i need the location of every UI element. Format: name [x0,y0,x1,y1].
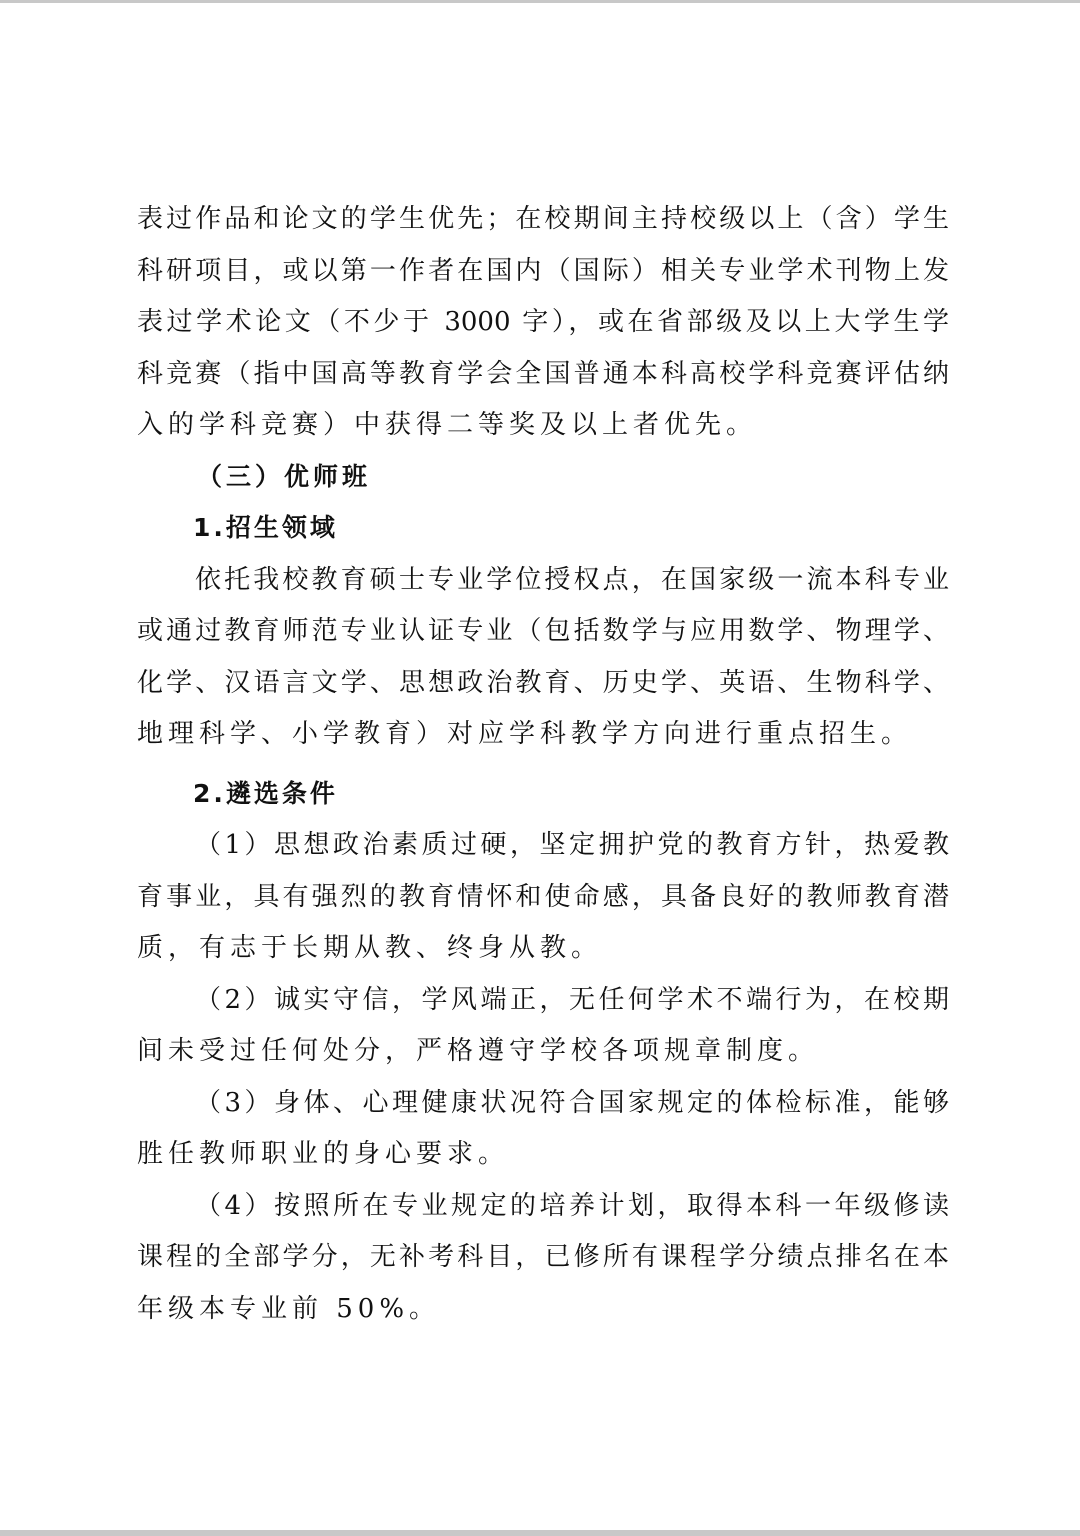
page-bottom-border [0,1530,1080,1536]
text-line: 质，有志于长期从教、终身从教。 [137,928,949,980]
criteria-item-1: （1）思想政治素质过硬，坚定拥护党的教育方针，热爱教 育事业，具有强烈的教育情怀… [137,825,949,980]
document-page: 表过作品和论文的学生优先；在校期间主持校级以上（含）学生 科研项目，或以第一作者… [137,199,949,1340]
criteria-item-4: （4）按照所在专业规定的培养计划，取得本科一年级修读 课程的全部学分，无补考科目… [137,1186,949,1341]
text-line: （4）按照所在专业规定的培养计划，取得本科一年级修读 [137,1186,949,1238]
text-line: （1）思想政治素质过硬，坚定拥护党的教育方针，热爱教 [137,825,949,877]
continuation-paragraph: 表过作品和论文的学生优先；在校期间主持校级以上（含）学生 科研项目，或以第一作者… [137,199,949,457]
subsection-heading-enrollment-fields: 1.招生领域 [137,508,949,560]
text-line: 间未受过任何处分，严格遵守学校各项规章制度。 [137,1031,949,1083]
enrollment-fields-paragraph: 依托我校教育硕士专业学位授权点，在国家级一流本科专业 或通过教育师范专业认证专业… [137,560,949,766]
text-line: 表过学术论文（不少于 3000 字），或在省部级及以上大学生学 [137,302,949,354]
section-heading: （三）优师班 [137,457,949,509]
text-line: 胜任教师职业的身心要求。 [137,1134,949,1186]
text-line: 课程的全部学分，无补考科目，已修所有课程学分绩点排名在本 [137,1237,949,1289]
text-line: 科研项目，或以第一作者在国内（国际）相关专业学术刊物上发 [137,251,949,303]
text-line: （2）诚实守信，学风端正，无任何学术不端行为，在校期 [137,980,949,1032]
text-line: 育事业，具有强烈的教育情怀和使命感，具备良好的教师教育潜 [137,877,949,929]
text-line: 或通过教育师范专业认证专业（包括数学与应用数学、物理学、 [137,611,949,663]
subsection-heading-selection-criteria: 2.遴选条件 [137,774,949,826]
text-line: （3）身体、心理健康状况符合国家规定的体检标准，能够 [137,1083,949,1135]
text-line: 入的学科竞赛）中获得二等奖及以上者优先。 [137,405,949,457]
text-line: 表过作品和论文的学生优先；在校期间主持校级以上（含）学生 [137,199,949,251]
criteria-item-3: （3）身体、心理健康状况符合国家规定的体检标准，能够 胜任教师职业的身心要求。 [137,1083,949,1186]
text-line: 年级本专业前 50%。 [137,1289,949,1341]
text-line: 科竞赛（指中国高等教育学会全国普通本科高校学科竞赛评估纳 [137,354,949,406]
page-top-border [0,0,1080,3]
text-line: 化学、汉语言文学、思想政治教育、历史学、英语、生物科学、 [137,663,949,715]
criteria-item-2: （2）诚实守信，学风端正，无任何学术不端行为，在校期 间未受过任何处分，严格遵守… [137,980,949,1083]
text-line: 依托我校教育硕士专业学位授权点，在国家级一流本科专业 [137,560,949,612]
text-line: 地理科学、小学教育）对应学科教学方向进行重点招生。 [137,714,949,766]
